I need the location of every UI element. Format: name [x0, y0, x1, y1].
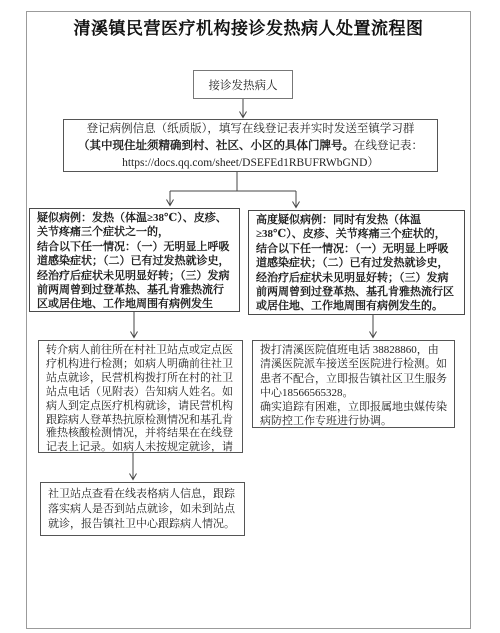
register-line2-bold: （其中现住址须精确到村、社区、小区的具体门牌号。 — [78, 140, 354, 152]
highly-suspected-case-box: 高度疑似病例：同时有发热（体温≥38℃）、皮疹、关节疼痛三个症状的， 结合以下任… — [248, 210, 465, 315]
flowchart-page: 清溪镇民营医疗机构接诊发热病人处置流程图 接诊发热病人 — [0, 0, 500, 633]
suspected-case-box: 疑似病例：发热（体温≥38℃）、皮疹、关节疼痛三个症状之一的， 结合以下任一情况… — [29, 208, 240, 312]
start-box: 接诊发热病人 — [193, 70, 293, 99]
register-line2: （其中现住址须精确到村、社区、小区的具体门牌号。在线登记表： — [64, 138, 437, 155]
page-border — [26, 11, 471, 629]
register-box: 登记病例信息（纸质版），填写在线登记表并实时发送至镇学习群 （其中现住址须精确到… — [63, 119, 438, 172]
transfer-patient-box: 转介病人前往所在村社卫站点或定点医疗机构进行检测；如病人明确前往社卫站点就诊，民… — [38, 340, 243, 453]
health-station-followup-box: 社卫站点查看在线表格病人信息，跟踪落实病人是否到站点就诊，如未到站点就诊，报告镇… — [40, 482, 245, 536]
register-url: https://docs.qq.com/sheet/DSEFEd1RBUFRWb… — [64, 155, 437, 172]
page-title: 清溪镇民营医疗机构接诊发热病人处置流程图 — [26, 14, 471, 39]
register-line1: 登记病例信息（纸质版），填写在线登记表并实时发送至镇学习群 — [64, 121, 437, 138]
register-line2-rest: 在线登记表： — [354, 140, 423, 152]
start-box-label: 接诊发热病人 — [209, 77, 278, 93]
call-hospital-box: 拨打清溪医院值班电话 38828860，由清溪医院派车接送至医院进行检测。如患者… — [252, 340, 455, 428]
